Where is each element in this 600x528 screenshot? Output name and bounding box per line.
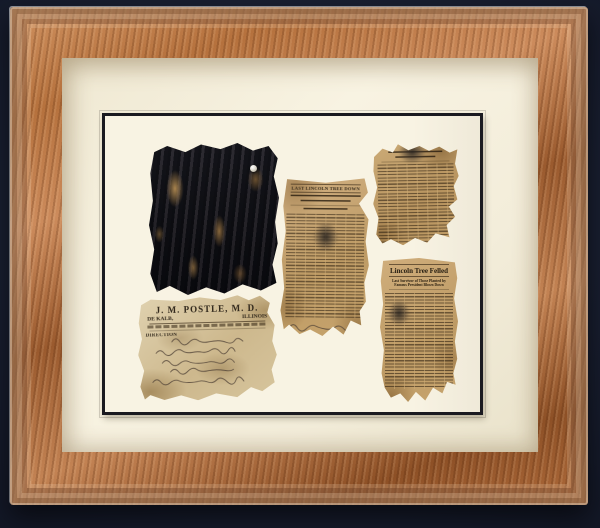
handwriting-annotation: [285, 318, 361, 335]
subhead-line: [301, 200, 351, 204]
ink-smudge: [388, 300, 410, 326]
bark-specimen: [149, 143, 279, 295]
headline-rule: [389, 276, 449, 277]
newspaper-clipping-bottom-right: Lincoln Tree Felled Last Survivor of Tho…: [380, 258, 458, 402]
inner-display-window: J. M. POSTLE, M. D. DE KALB, ILLINOIS DI…: [102, 113, 483, 415]
framed-shadowbox-photo: J. M. POSTLE, M. D. DE KALB, ILLINOIS DI…: [0, 0, 600, 528]
divider-rule: [389, 289, 449, 290]
mounting-pin: [250, 165, 257, 172]
handwriting-script: [146, 335, 271, 390]
dateline: [304, 208, 348, 211]
prescription-card: J. M. POSTLE, M. D. DE KALB, ILLINOIS DI…: [137, 293, 280, 403]
prescription-card-content: J. M. POSTLE, M. D. DE KALB, ILLINOIS DI…: [137, 293, 280, 396]
newspaper-clipping-top-right: [372, 143, 460, 246]
headline-rule: [291, 192, 361, 194]
subhead-line: [291, 195, 361, 199]
body-text-block: [377, 163, 454, 242]
clipping-center-headline: LAST LINCOLN TREE DOWN: [287, 186, 365, 192]
city-left: DE KALB,: [147, 316, 173, 323]
subhead-line-2: Famous President Blown Down: [385, 283, 453, 287]
newspaper-clipping-center: LAST LINCOLN TREE DOWN: [280, 178, 370, 337]
headline-rule: [389, 264, 449, 265]
city-right: ILLINOIS: [242, 313, 267, 320]
clipping-center-content: LAST LINCOLN TREE DOWN: [280, 178, 370, 340]
clipping-bottom-right-headline: Lincoln Tree Felled: [385, 267, 453, 275]
divider-rule: [291, 205, 361, 207]
